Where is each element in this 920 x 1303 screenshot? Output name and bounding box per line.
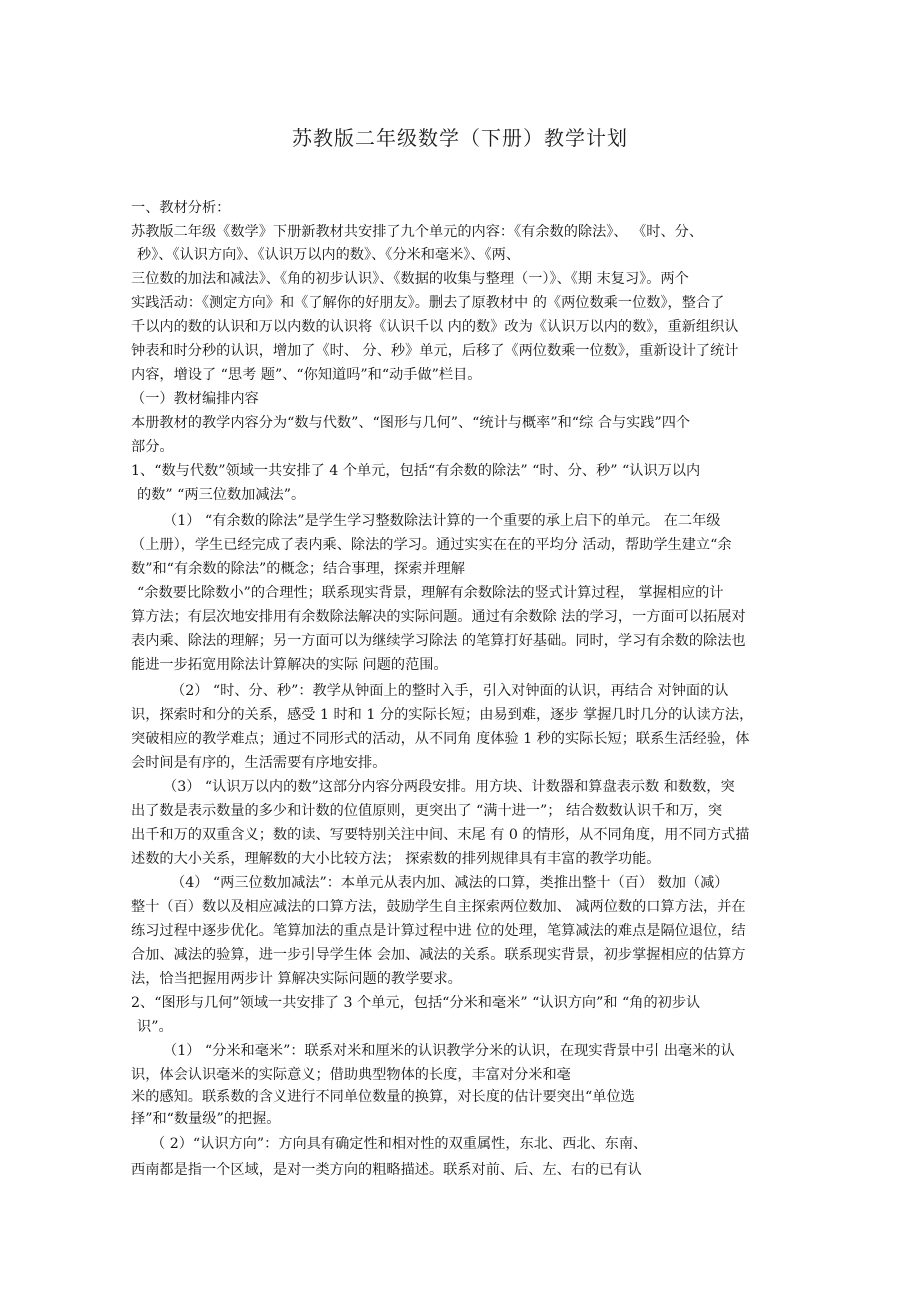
- text-line: 表内乘、除法的理解；另一方面可以为继续学习除法 的笔算打好基础。同时，学习有余数…: [131, 631, 746, 651]
- text-line: 择”和“数量级”的把握。: [131, 1109, 280, 1129]
- text-line: 千以内的数的认识和万以内数的认识将《认识千以 内的数》改为《认识万以内的数》，重…: [131, 317, 738, 337]
- text-line: 数”和“有余数的除法”的概念；结合事理，探索并理解: [131, 559, 465, 579]
- text-line: “余数要比除数小”的合理性；联系现实背景，理解有余数除法的竖式计算过程， 掌握相…: [137, 583, 724, 603]
- text-line: （1） “有余数的除法”是学生学习整数除法计算的一个重要的承上启下的单元。 在二…: [163, 511, 721, 531]
- text-line: 识，体会认识毫米的实际意义；借助典型物体的长度，丰富对分米和毫: [131, 1065, 571, 1085]
- text-line: 出了数是表示数量的多少和计数的位值原则，更突出了 “满十进一”； 结合数数认识千…: [131, 801, 722, 821]
- text-line: 算方法；有层次地安排用有余数除法解决的实际问题。通过有余数除 法的学习，一方面可…: [131, 607, 746, 627]
- text-line: 2、“图形与几何”领域一共安排了 3 个单元，包括“分米和毫米” “认识方向”和…: [131, 993, 700, 1013]
- document-title: 苏教版二年级数学（下册）教学计划: [0, 122, 920, 151]
- text-line: （4） “两三位数加减法”：本单元从表内加、减法的口算，类推出整十（百） 数加（…: [171, 873, 729, 893]
- text-line: 识”。: [137, 1017, 173, 1037]
- text-line: 内容，增设了 “思考 题”、“你知道吗”和“动手做”栏目。: [131, 365, 481, 385]
- text-line: 钟表和时分秒的认识，增加了《时、 分、秒》单元，后移了《两位数乘一位数》，重新设…: [131, 341, 738, 361]
- text-line: 1、“数与代数”领域一共安排了 4 个单元，包括“有余数的除法” “时、分、秒”…: [131, 461, 700, 481]
- text-line: 的数” “两三位数加减法”。: [137, 485, 305, 505]
- text-line: 实践活动：《测定方向》和《了解你的好朋友》。删去了原教材中 的《两位数乘一位数》…: [131, 293, 724, 313]
- text-line: 整十（百）数以及相应减法的口算方法，鼓励学生自主探索两位数加、 减两位数的口算方…: [131, 897, 746, 917]
- text-line: （3） “认识万以内的数”这部分内容分两段安排。用方块、计数器和算盘表示数 和数…: [163, 777, 735, 797]
- text-line: 识，探索时和分的关系，感受 1 时和 1 分的实际长短；由易到难，逐步 掌握几时…: [131, 705, 753, 725]
- text-line: 能进一步拓宽用除法计算解决的实际 问题的范围。: [131, 655, 448, 675]
- text-line: （一）教材编排内容: [131, 389, 259, 409]
- text-line: 出千和万的双重含义；数的读、写要特别关注中间、末尾 有 0 的情形，从不同角度，…: [131, 825, 749, 845]
- text-line: （ 2）“认识方向”：方向具有确定性和相对性的双重属性，东北、西北、东南、: [151, 1134, 647, 1154]
- text-line: 秒》、《认识方向》、《认识万以内的数》、《分米和毫米》、《两、: [137, 245, 520, 265]
- text-line: （2） “时、分、秒”：教学从钟面上的整时入手，引入对钟面的认识，再结合 对钟面…: [171, 681, 729, 701]
- text-line: 突破相应的教学难点；通过不同形式的活动，从不同角 度体验 1 秒的实际长短；联系…: [131, 729, 749, 749]
- text-line: 述数的大小关系，理解数的大小比较方法； 探索数的排列规律具有丰富的教学功能。: [131, 849, 660, 869]
- document-page: 苏教版二年级数学（下册）教学计划 一、教材分析：苏教版二年级《数学》下册新教材共…: [0, 0, 920, 1303]
- text-line: 会时间是有序的，生活需要有序地安排。: [131, 753, 386, 773]
- text-line: 一、教材分析：: [131, 198, 230, 218]
- text-line: 合加、减法的验算，进一步引导学生体 会加、减法的关系。联系现实背景，初步掌握相应…: [131, 945, 746, 965]
- text-line: 练习过程中逐步优化。笔算加法的重点是计算过程中进 位的处理，笔算减法的难点是隔位…: [131, 921, 746, 941]
- text-line: 部分。: [131, 437, 174, 457]
- text-line: （1） “分米和毫米”：联系对米和厘米的认识教学分米的认识，在现实背景中引 出毫…: [163, 1041, 735, 1061]
- text-line: 苏教版二年级《数学》下册新教材共安排了九个单元的内容：《有余数的除法》、 《时、…: [131, 222, 703, 242]
- text-line: 法，恰当把握用两步计 算解决实际问题的教学要求。: [131, 969, 462, 989]
- text-line: 三位数的加法和减法》、《角的初步认识》、《数据的收集与整理（一）》、《期 末复习…: [131, 269, 689, 289]
- text-line: 米的感知。联系数的含义进行不同单位数量的换算，对长度的估计要突出“单位选: [131, 1087, 635, 1107]
- text-line: 本册教材的教学内容分为“数与代数”、“图形与几何”、“统计与概率”和“综 合与实…: [131, 413, 690, 433]
- text-line: （上册），学生已经完成了表内乘、除法的学习。通过实实在在的平均分 活动，帮助学生…: [131, 535, 732, 555]
- text-line: 西南都是指一个区域，是对一类方向的粗略描述。联系对前、后、左、右的已有认: [131, 1160, 642, 1180]
